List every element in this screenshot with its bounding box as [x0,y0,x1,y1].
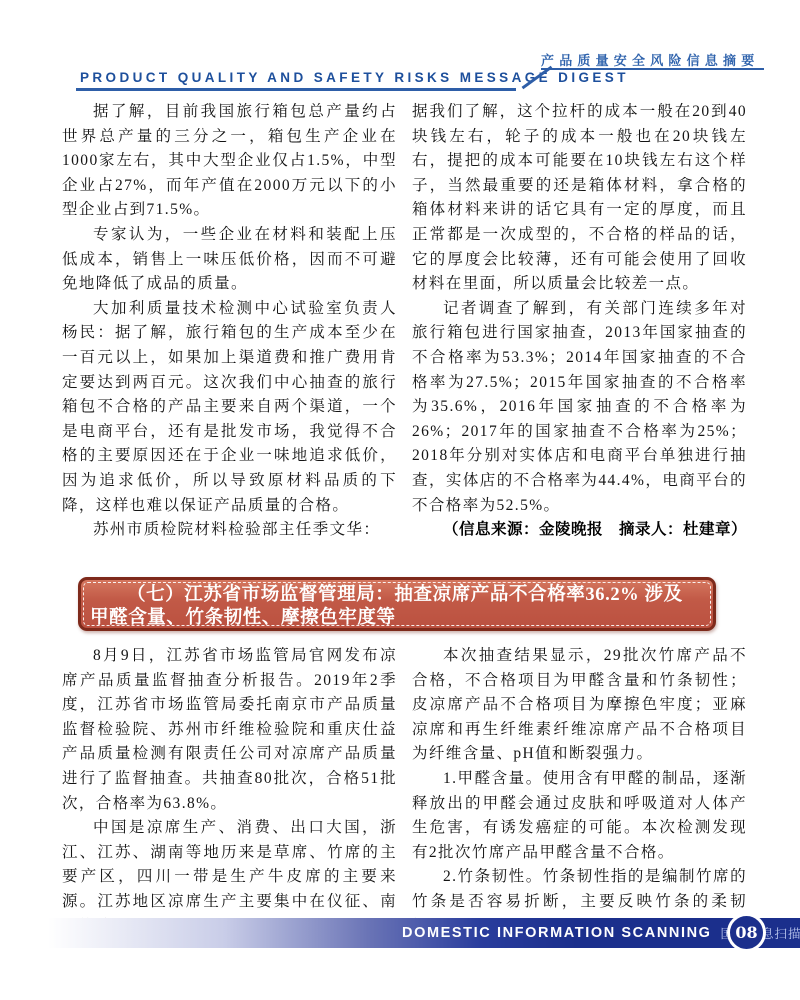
header-underline-zh [541,68,764,70]
paragraph: 据了解，目前我国旅行箱包总产量约占世界总产量的三分之一，箱包生产企业在1000家… [62,100,397,223]
section-title-line-1: （七）江苏省市场监督管理局：抽查凉席产品不合格率36.2% 涉及 [90,584,704,607]
paragraph: 8月9日，江苏省市场监管局官网发布凉席产品质量监督抽查分析报告。2019年2季度… [62,644,397,816]
header-underline-en [76,88,516,91]
paragraph: 本次抽查结果显示，29批次竹席产品不合格，不合格项目为甲醛含量和竹条韧性；皮凉席… [412,644,747,767]
section-title-banner-inner-border: （七）江苏省市场监督管理局：抽查凉席产品不合格率36.2% 涉及 甲醛含量、竹条… [83,582,711,626]
page-number-badge: 08 [727,913,766,952]
source-attribution: （信息来源：金陵晚报 摘录人：杜建章） [412,518,747,543]
article1-left-column: 据了解，目前我国旅行箱包总产量约占世界总产量的三分之一，箱包生产企业在1000家… [62,100,397,543]
document-page: PRODUCT QUALITY AND SAFETY RISKS MESSAGE… [0,0,800,1000]
article1-right-column: 据我们了解，这个拉杆的成本一般在20到40块钱左右，轮子的成本一般也在20块钱左… [412,100,747,543]
footer-bar: DOMESTIC INFORMATION SCANNING 国内信息扫描 [0,918,800,948]
paragraph: 苏州市质检院材料检验部主任季文华： [62,518,397,543]
footer-label-en: DOMESTIC INFORMATION SCANNING [402,925,712,941]
paragraph: 大加利质量技术检测中心试验室负责人杨民：据了解，旅行箱包的生产成本至少在一百元以… [62,297,397,518]
paragraph: 记者调查了解到，有关部门连续多年对旅行箱包进行国家抽查，2013年国家抽查的不合… [412,297,747,518]
section-title-banner: （七）江苏省市场监督管理局：抽查凉席产品不合格率36.2% 涉及 甲醛含量、竹条… [78,577,716,631]
article2-left-column: 8月9日，江苏省市场监管局官网发布凉席产品质量监督抽查分析报告。2019年2季度… [62,644,397,939]
header-title-zh: 产品质量安全风险信息摘要 [541,50,767,69]
paragraph: 专家认为，一些企业在材料和装配上压低成本，销售上一味压低价格，因而不可避免地降低… [62,223,397,297]
section-title-line-2: 甲醛含量、竹条韧性、摩擦色牢度等 [90,607,704,626]
article2-right-column: 本次抽查结果显示，29批次竹席产品不合格，不合格项目为甲醛含量和竹条韧性；皮凉席… [412,644,747,939]
paragraph: 据我们了解，这个拉杆的成本一般在20到40块钱左右，轮子的成本一般也在20块钱左… [412,100,747,297]
paragraph: 1.甲醛含量。使用含有甲醛的制品，逐渐释放出的甲醛会通过皮肤和呼吸道对人体产生危… [412,767,747,865]
